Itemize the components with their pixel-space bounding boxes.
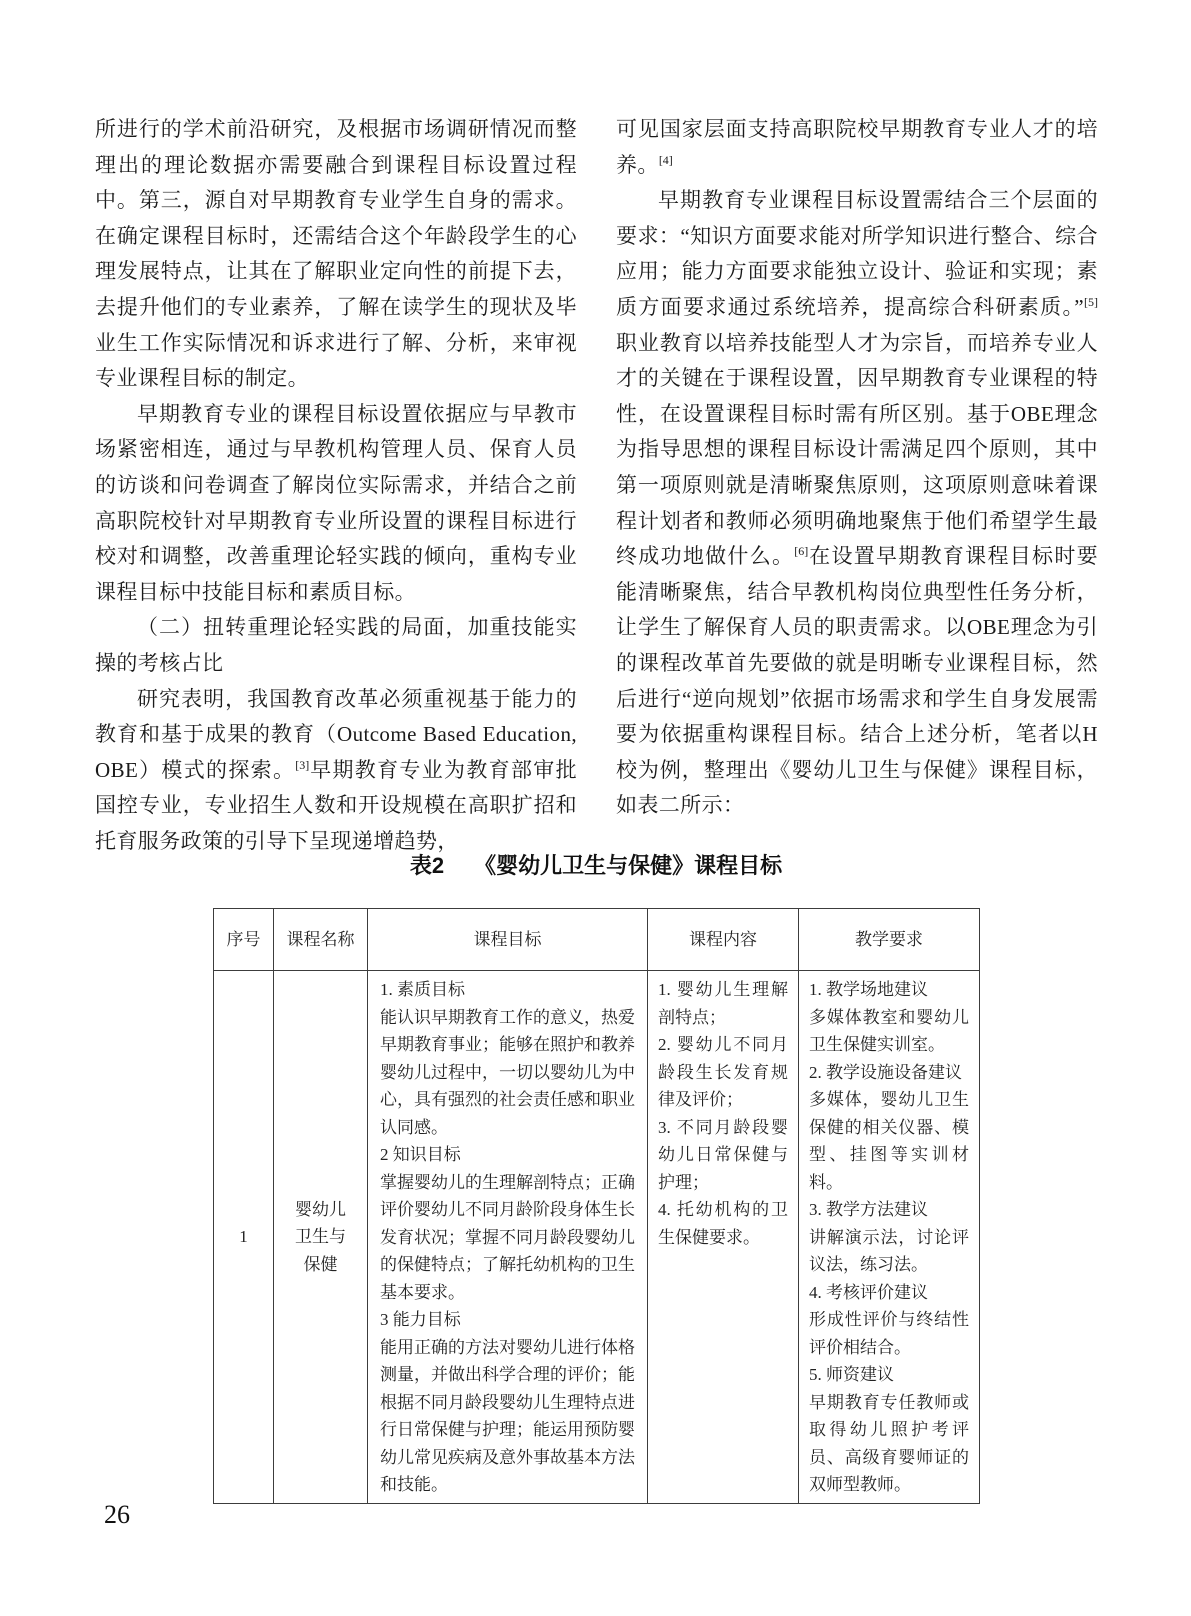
section-heading-text: （二）扭转重理论轻实践的局面，加重技能实操的考核占比 [95,615,577,675]
content-item: 3. 不同月龄段婴幼儿日常保健与护理； [658,1114,788,1197]
requirement-item: 3. 教学方法建议 [809,1196,969,1224]
paragraph: 所进行的学术前沿研究，及根据市场调研情况而整理出的理论数据亦需要融合到课程目标设… [95,112,577,397]
table-caption-title: 《婴幼儿卫生与保健》课程目标 [474,853,782,878]
paragraph-text: 在设置早期教育课程目标时要能清晰聚焦，结合早教机构岗位典型性任务分析，让学生了解… [616,544,1098,817]
paragraph-text: 早期教育专业的课程目标设置依据应与早教市场紧密相连，通过与早教机构管理人员、保育… [95,402,577,604]
course-objectives-table-wrap: 序号 课程名称 课程目标 课程内容 教学要求 1 婴幼儿卫生与保健 1. 素质目… [213,908,979,1504]
objectives-cell: 1. 素质目标 能认识早期教育工作的意义，热爱早期教育事业；能够在照护和教养婴幼… [368,971,648,1504]
paragraph-text: 早期教育专业课程目标设置需结合三个层面的要求：“知识方面要求能对所学知识进行整合… [616,188,1098,319]
reference-marker: [3] [295,758,309,772]
reference-marker: [5] [1084,295,1098,309]
header-cell-requirements: 教学要求 [799,909,980,971]
header-cell-contents: 课程内容 [648,909,799,971]
paragraph-text: 职业教育以培养技能型人才为宗旨，而培养专业人才的关键在于课程设置，因早期教育专业… [616,331,1098,569]
paragraph-text: 所进行的学术前沿研究，及根据市场调研情况而整理出的理论数据亦需要融合到课程目标设… [95,117,577,390]
course-name-cell: 婴幼儿卫生与保健 [274,971,368,1504]
requirement-item: 2. 教学设施设备建议 [809,1059,969,1087]
requirement-item: 多媒体，婴幼儿卫生保健的相关仪器、模型、挂图等实训材料。 [809,1086,969,1196]
content-item: 1. 婴幼儿生理解剖特点； [658,976,788,1031]
header-cell-course-name: 课程名称 [274,909,368,971]
requirement-item: 4. 考核评价建议 [809,1279,969,1307]
right-column: 可见国家层面支持高职院校早期教育专业人才的培养。[4] 早期教育专业课程目标设置… [616,112,1098,824]
table-caption-label: 表2 [410,853,444,878]
requirement-item: 讲解演示法，讨论评议法，练习法。 [809,1224,969,1279]
objective-item: 能认识早期教育工作的意义，热爱早期教育事业；能够在照护和教养婴幼儿过程中，一切以… [380,1004,635,1142]
paragraph: 早期教育专业课程目标设置需结合三个层面的要求：“知识方面要求能对所学知识进行整合… [616,183,1098,824]
paragraph: 研究表明，我国教育改革必须重视基于能力的教育和基于成果的教育（Outcome B… [95,682,577,860]
table-caption: 表2《婴幼儿卫生与保健》课程目标 [213,849,979,880]
requirement-item: 多媒体教室和婴幼儿卫生保健实训室。 [809,1004,969,1059]
requirement-item: 形成性评价与终结性评价相结合。 [809,1306,969,1361]
reference-marker: [6] [794,544,808,558]
paragraph: 可见国家层面支持高职院校早期教育专业人才的培养。[4] [616,112,1098,183]
objective-item: 能用正确的方法对婴幼儿进行体格测量，并做出科学合理的评价；能根据不同月龄段婴幼儿… [380,1334,635,1499]
section-heading: （二）扭转重理论轻实践的局面，加重技能实操的考核占比 [95,610,577,681]
header-cell-seq: 序号 [214,909,274,971]
content-item: 4. 托幼机构的卫生保健要求。 [658,1196,788,1251]
page-number: 26 [104,1500,130,1530]
objective-item: 1. 素质目标 [380,976,635,1004]
objective-item: 3 能力目标 [380,1306,635,1334]
requirements-cell: 1. 教学场地建议 多媒体教室和婴幼儿卫生保健实训室。 2. 教学设施设备建议 … [799,971,980,1504]
reference-marker: [4] [659,153,673,167]
content-item: 2. 婴幼儿不同月龄段生长发育规律及评价； [658,1031,788,1114]
paragraph: 早期教育专业的课程目标设置依据应与早教市场紧密相连，通过与早教机构管理人员、保育… [95,397,577,611]
objective-item: 2 知识目标 [380,1141,635,1169]
paper-page: 所进行的学术前沿研究，及根据市场调研情况而整理出的理论数据亦需要融合到课程目标设… [0,0,1191,1616]
table-header-row: 序号 课程名称 课程目标 课程内容 教学要求 [214,909,980,971]
paragraph-text: 可见国家层面支持高职院校早期教育专业人才的培养。 [616,117,1098,177]
table-row: 1 婴幼儿卫生与保健 1. 素质目标 能认识早期教育工作的意义，热爱早期教育事业… [214,971,980,1504]
seq-cell: 1 [214,971,274,1504]
header-cell-objectives: 课程目标 [368,909,648,971]
contents-cell: 1. 婴幼儿生理解剖特点； 2. 婴幼儿不同月龄段生长发育规律及评价； 3. 不… [648,971,799,1504]
requirement-item: 5. 师资建议 [809,1361,969,1389]
left-column: 所进行的学术前沿研究，及根据市场调研情况而整理出的理论数据亦需要融合到课程目标设… [95,112,577,859]
course-objectives-table: 序号 课程名称 课程目标 课程内容 教学要求 1 婴幼儿卫生与保健 1. 素质目… [213,908,980,1504]
requirement-item: 早期教育专任教师或取得幼儿照护考评员、高级育婴师证的双师型教师。 [809,1389,969,1499]
objective-item: 掌握婴幼儿的生理解剖特点；正确评价婴幼儿不同月龄阶段身体生长发育状况；掌握不同月… [380,1169,635,1307]
requirement-item: 1. 教学场地建议 [809,976,969,1004]
